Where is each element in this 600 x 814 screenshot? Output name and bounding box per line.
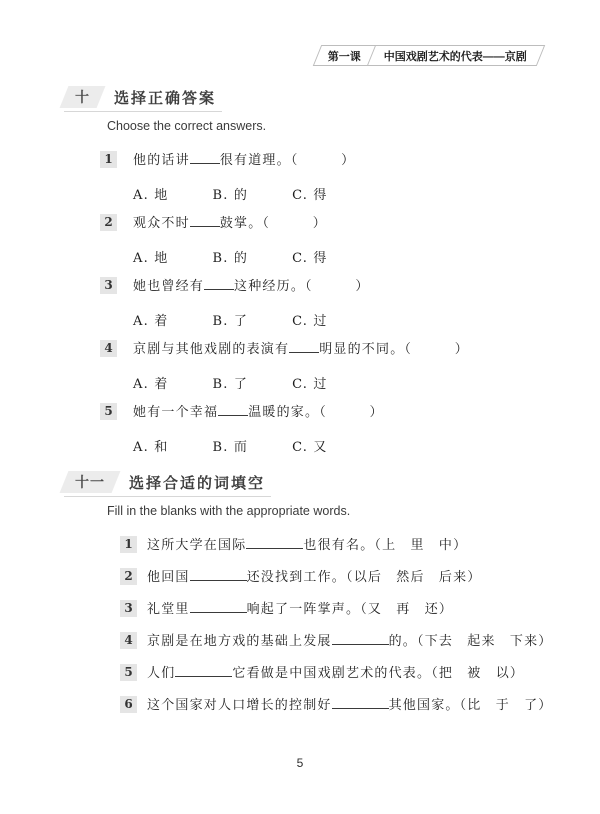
answer-blank [190, 599, 247, 613]
question-text: 他回国还没找到工作。（以后 然后 后来） [147, 567, 482, 587]
question-text-post: 它看做是中国戏剧艺术的代表。（把 被 以） [232, 666, 524, 681]
question-text-post: 很有道理。（ ） [220, 153, 356, 168]
section-number: 十 [75, 87, 90, 107]
answer-blank [332, 695, 389, 709]
answer-blank [332, 631, 389, 645]
question-text-post: 明显的不同。（ ） [319, 342, 469, 357]
workbook-page: 第一课 中国戏剧艺术的代表——京剧 十 选择正确答案 Choose the co… [0, 0, 600, 814]
option-a: A. 着 [133, 375, 168, 394]
option-c: C. 过 [292, 312, 328, 331]
question-number: 4 [100, 340, 117, 357]
question-text-post: 温暖的家。（ ） [248, 405, 384, 420]
question-text-post: 其他国家。（比 于 了） [389, 698, 553, 713]
option-a: A. 地 [133, 249, 168, 268]
option-c: C. 得 [292, 249, 328, 268]
option-a: A. 和 [133, 438, 168, 457]
section-header: 十一 选择合适的词填空 [64, 471, 271, 497]
question-text-post: 还没找到工作。（以后 然后 后来） [247, 570, 482, 585]
section-instruction-english: Choose the correct answers. [107, 119, 600, 133]
question-text: 他的话讲很有道理。（ ） [133, 150, 355, 170]
question-text-pre: 她也曾经有 [133, 279, 204, 294]
section-number: 十一 [75, 472, 105, 492]
question-text-post: 也很有名。（上 里 中） [303, 538, 467, 553]
section-header: 十 选择正确答案 [64, 86, 222, 112]
question-number: 6 [120, 696, 137, 713]
answer-blank [190, 567, 247, 581]
lesson-number: 第一课 [318, 48, 371, 64]
question-number: 4 [120, 632, 137, 649]
page-number: 5 [0, 756, 600, 770]
question-row: 2 他回国还没找到工作。（以后 然后 后来） [120, 567, 600, 587]
answer-blank [218, 402, 248, 416]
question-row: 5 她有一个幸福温暖的家。（ ） [100, 402, 600, 422]
question-text-pre: 这个国家对人口增长的控制好 [147, 698, 332, 713]
question-number: 3 [100, 277, 117, 294]
option-b: B. 的 [212, 186, 248, 205]
question-number: 5 [100, 403, 117, 420]
question-text: 京剧是在地方戏的基础上发展的。（下去 起来 下来） [147, 631, 553, 651]
answer-blank [204, 276, 234, 290]
option-b: B. 而 [212, 438, 248, 457]
question-row: 4 京剧与其他戏剧的表演有明显的不同。（ ） [100, 339, 600, 359]
question-text: 她也曾经有这种经历。（ ） [133, 276, 370, 296]
section-number-badge: 十 [60, 86, 106, 108]
question-text-pre: 她有一个幸福 [133, 405, 218, 420]
option-c: C. 又 [292, 438, 328, 457]
answer-blank [175, 663, 232, 677]
question-number: 5 [120, 664, 137, 681]
question-number: 3 [120, 600, 137, 617]
question-row: 3 礼堂里响起了一阵掌声。（又 再 还） [120, 599, 600, 619]
option-c: C. 过 [292, 375, 328, 394]
question-text: 京剧与其他戏剧的表演有明显的不同。（ ） [133, 339, 469, 359]
question-row: 1 他的话讲很有道理。（ ） [100, 150, 600, 170]
question-text-post: 这种经历。（ ） [234, 279, 370, 294]
question-row: 5 人们它看做是中国戏剧艺术的代表。（把 被 以） [120, 663, 600, 683]
lesson-title: 中国戏剧艺术的代表——京剧 [372, 48, 540, 64]
answer-blank [190, 150, 220, 164]
question-number: 2 [120, 568, 137, 585]
question-row: 2 观众不时鼓掌。（ ） [100, 213, 600, 233]
question-text-post: 的。（下去 起来 下来） [389, 634, 553, 649]
options-row: A. 和 B. 而 C. 又 [133, 438, 600, 457]
question-text: 这个国家对人口增长的控制好其他国家。（比 于 了） [147, 695, 553, 715]
option-a: A. 着 [133, 312, 168, 331]
question-row: 3 她也曾经有这种经历。（ ） [100, 276, 600, 296]
questions-list: 1 他的话讲很有道理。（ ） A. 地 B. 的 C. 得 2 观众不时鼓掌。（… [0, 150, 600, 457]
question-number: 2 [100, 214, 117, 231]
option-b: B. 了 [212, 312, 248, 331]
section-number-badge: 十一 [60, 471, 121, 493]
answer-blank [289, 339, 319, 353]
section-choose-correct-answers: 十 选择正确答案 Choose the correct answers. 1 他… [0, 86, 600, 457]
question-row: 6 这个国家对人口增长的控制好其他国家。（比 于 了） [120, 695, 600, 715]
option-b: B. 的 [212, 249, 248, 268]
question-number: 1 [100, 151, 117, 168]
question-text-pre: 京剧与其他戏剧的表演有 [133, 342, 289, 357]
option-b: B. 了 [212, 375, 248, 394]
options-row: A. 着 B. 了 C. 过 [133, 312, 600, 331]
options-row: A. 地 B. 的 C. 得 [133, 186, 600, 205]
answer-blank [246, 535, 303, 549]
question-text-pre: 这所大学在国际 [147, 538, 246, 553]
question-text: 她有一个幸福温暖的家。（ ） [133, 402, 384, 422]
options-row: A. 着 B. 了 C. 过 [133, 375, 600, 394]
question-row: 1 这所大学在国际也很有名。（上 里 中） [120, 535, 600, 555]
question-text-pre: 他回国 [147, 570, 190, 585]
section-title: 选择正确答案 [114, 87, 216, 108]
question-text-pre: 礼堂里 [147, 602, 190, 617]
lesson-header-tab: 第一课 中国戏剧艺术的代表——京剧 [313, 45, 545, 66]
question-number: 1 [120, 536, 137, 553]
questions-list: 1 这所大学在国际也很有名。（上 里 中） 2 他回国还没找到工作。（以后 然后… [0, 535, 600, 715]
question-text: 礼堂里响起了一阵掌声。（又 再 还） [147, 599, 453, 619]
question-text: 人们它看做是中国戏剧艺术的代表。（把 被 以） [147, 663, 524, 683]
question-text: 观众不时鼓掌。（ ） [133, 213, 327, 233]
question-text-pre: 京剧是在地方戏的基础上发展 [147, 634, 332, 649]
question-row: 4 京剧是在地方戏的基础上发展的。（下去 起来 下来） [120, 631, 600, 651]
section-title: 选择合适的词填空 [129, 472, 265, 493]
page-content: 十 选择正确答案 Choose the correct answers. 1 他… [0, 86, 600, 727]
answer-blank [190, 213, 220, 227]
question-text-post: 鼓掌。（ ） [220, 216, 327, 231]
question-text-pre: 他的话讲 [133, 153, 190, 168]
question-text-post: 响起了一阵掌声。（又 再 还） [247, 602, 454, 617]
section-fill-in-blanks: 十一 选择合适的词填空 Fill in the blanks with the … [0, 471, 600, 715]
question-text: 这所大学在国际也很有名。（上 里 中） [147, 535, 467, 555]
option-c: C. 得 [292, 186, 328, 205]
question-text-pre: 观众不时 [133, 216, 190, 231]
options-row: A. 地 B. 的 C. 得 [133, 249, 600, 268]
option-a: A. 地 [133, 186, 168, 205]
section-instruction-english: Fill in the blanks with the appropriate … [107, 504, 600, 518]
question-text-pre: 人们 [147, 666, 175, 681]
